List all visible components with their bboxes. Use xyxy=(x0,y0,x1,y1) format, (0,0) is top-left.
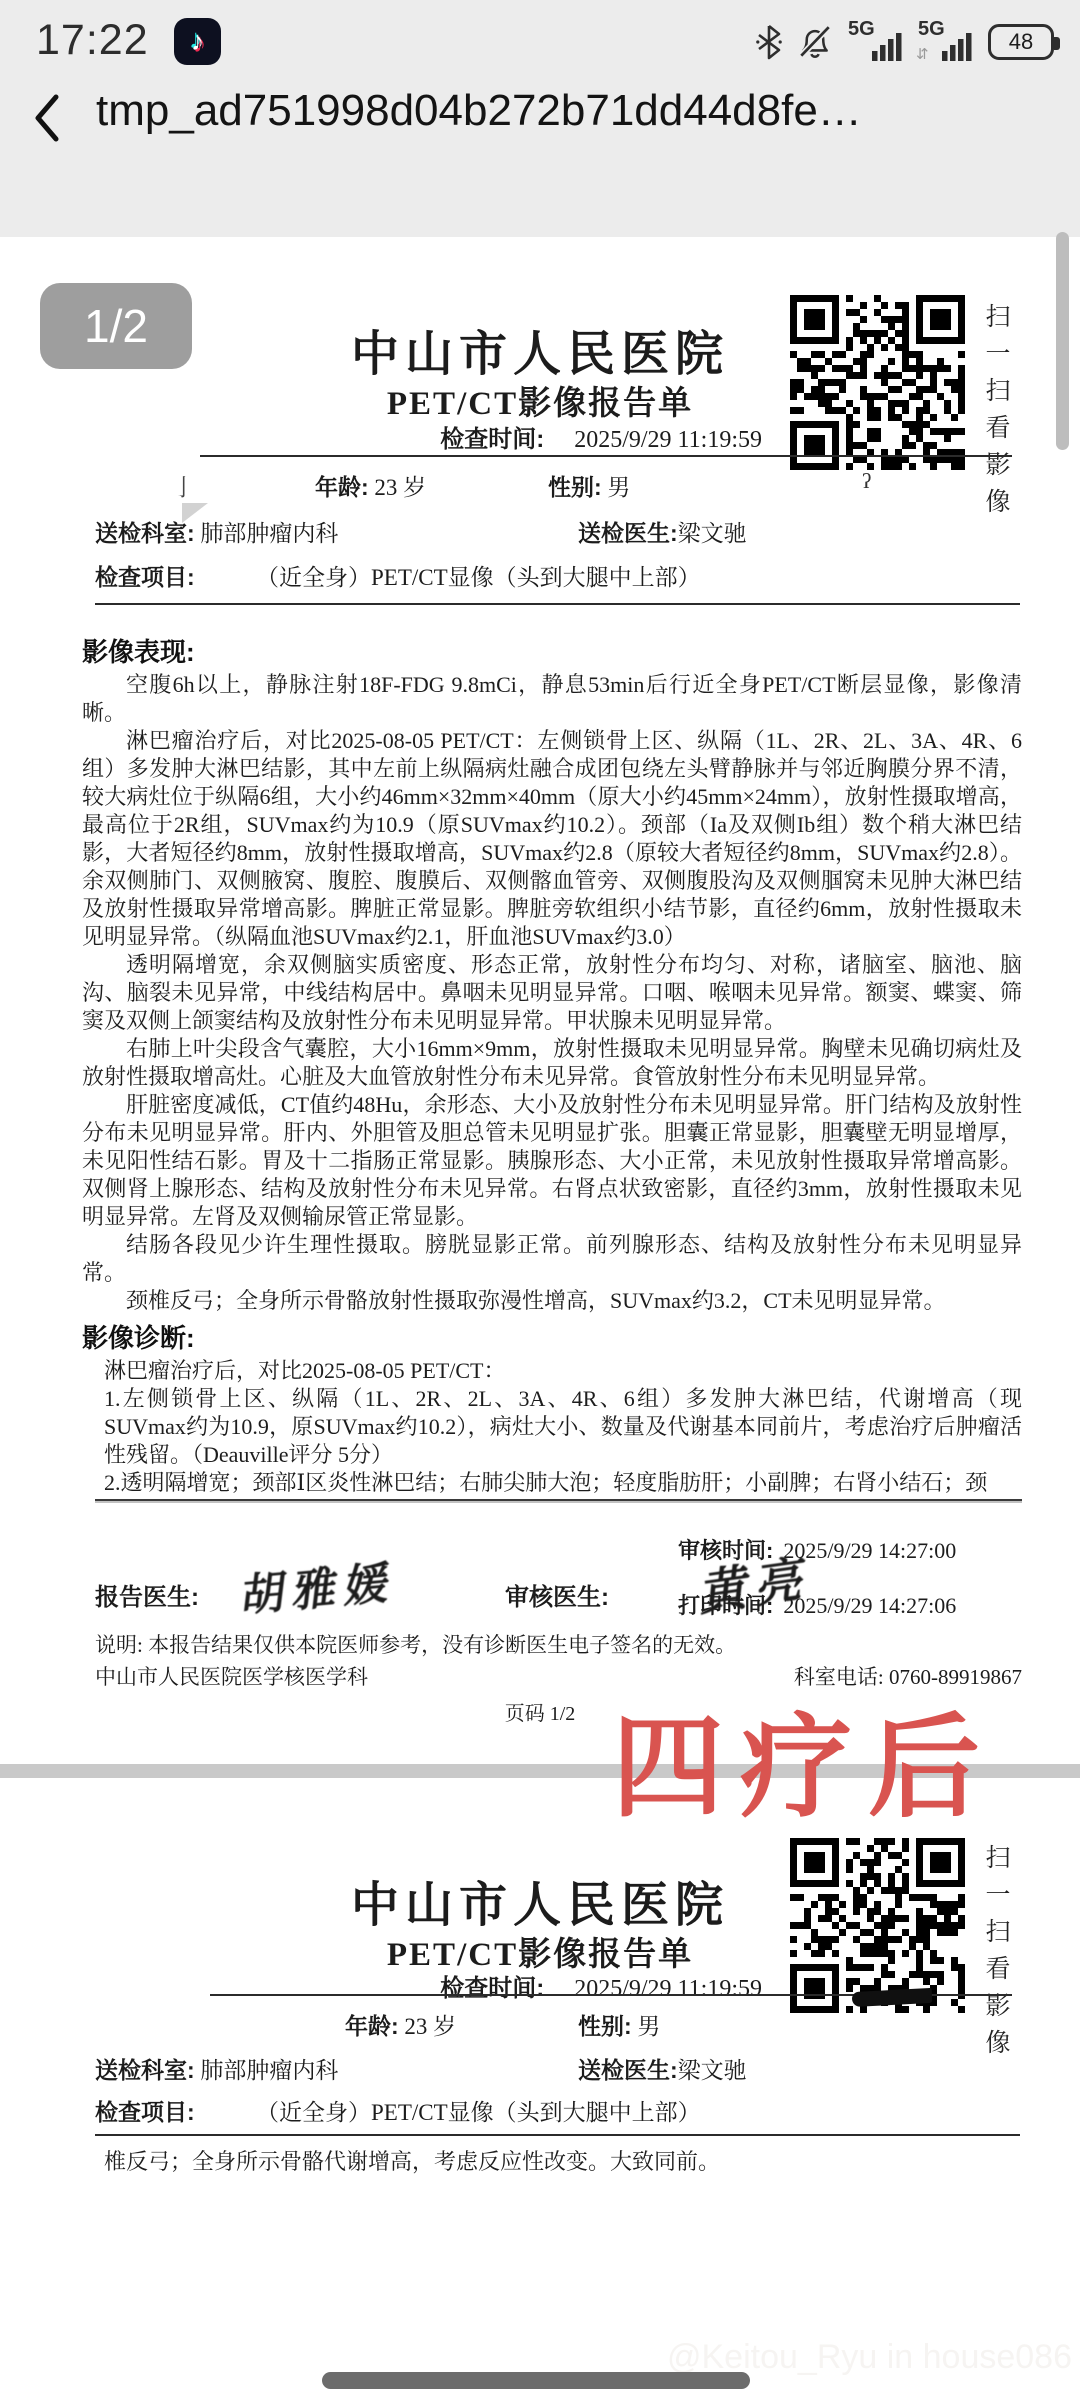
sex-label: 性别: xyxy=(548,474,602,500)
erased-name-fragment: 亅 xyxy=(172,469,195,502)
diagnosis-line: 1.左侧锁骨上区、纵隔（1L、2R、2L、3A、4R、6组）多发肿大淋巴结，代谢… xyxy=(104,1385,1022,1469)
status-title-bar: 17:22 ♪ 5G xyxy=(0,0,1080,237)
file-title: tmp_ad751998d04b272b71dd44d8fe… xyxy=(96,86,1046,136)
sex-label: 性别: xyxy=(578,2013,632,2039)
scrollbar-thumb[interactable] xyxy=(1056,232,1069,450)
signature-divider xyxy=(95,1499,1022,1501)
age-label: 年龄: xyxy=(315,474,369,500)
exam-time-label: 检查时间: xyxy=(440,426,544,453)
department-footer: 中山市人民医院医学核医学科 xyxy=(95,1661,368,1691)
dept-label: 送检科室: xyxy=(95,520,195,546)
notifications-muted-icon xyxy=(796,23,834,61)
exam-item-row: 检查项目: （近全身）PET/CT显像（头到大腿中上部） xyxy=(0,559,1080,597)
data-activity-arrows-icon: ⇵ xyxy=(916,45,929,63)
diagnosis-heading: 影像诊断: xyxy=(82,1319,1022,1357)
exam-time-row: 检查时间:2025/9/29 11:19:59 xyxy=(0,1968,762,2003)
findings-paragraph: 右肺上叶尖段含气囊腔，大小16mm×9mm，放射性摄取未见明显异常。胸壁未见确切… xyxy=(82,1035,1022,1091)
sex-value: 男 xyxy=(607,475,630,500)
report-doctor-signature: 胡雅媛 xyxy=(238,1546,401,1625)
patient-info-row: 年龄: 23 岁 性别: 男 xyxy=(0,2008,1080,2046)
patient-info-row: 亅 年龄: 23 岁 性别: 男 ʔ xyxy=(0,469,1080,507)
exam-item-row: 检查项目: （近全身）PET/CT显像（头到大腿中上部） xyxy=(0,2094,1080,2132)
annotation-stamp: 四疗后 xyxy=(612,1678,996,1839)
battery-level: 48 xyxy=(1009,29,1033,55)
exam-time-label: 检查时间: xyxy=(440,1975,544,2002)
title-bar: tmp_ad751998d04b272b71dd44d8fe… xyxy=(0,84,1080,164)
divider xyxy=(200,455,1012,457)
diagnosis-line: 淋巴瘤治疗后，对比2025-08-05 PET/CT： xyxy=(104,1357,1022,1385)
exam-item-label: 检查项目: xyxy=(95,2099,195,2125)
exam-item-label: 检查项目: xyxy=(95,564,195,590)
print-time-label: 打印时间: xyxy=(678,1593,773,1618)
disclaimer-note: 说明: 本报告结果仅供本院医师参考，没有诊断医生电子签名的无效。 xyxy=(95,1629,736,1659)
review-doctor-label: 审核医生: xyxy=(505,1577,609,1612)
print-time-value: 2025/9/29 14:27:06 xyxy=(783,1593,956,1618)
ref-doctor-value: 梁文驰 xyxy=(678,2058,747,2083)
qr-code xyxy=(790,295,965,470)
clock: 17:22 xyxy=(36,16,149,65)
ref-doctor-label: 送检医生: xyxy=(578,520,678,546)
department-row: 送检科室: 肺部肿瘤内科 送检医生:梁文驰 xyxy=(0,2052,1080,2090)
home-indicator[interactable] xyxy=(322,2372,750,2389)
report-page-2: 中山市人民医院 PET/CT影像报告单 检查时间:2025/9/29 11:19… xyxy=(0,1778,1080,2400)
dept-value: 肺部肿瘤内科 xyxy=(200,521,338,546)
print-time-row: 打印时间:2025/9/29 14:27:06 xyxy=(678,1589,956,1620)
tiktok-notification-icon: ♪ xyxy=(174,18,221,65)
age-value: 23 岁 xyxy=(374,475,426,500)
document-viewer[interactable]: 1/2 中山市人民医院 PET/CT影像报告单 检查时间:2025/9/29 1… xyxy=(0,0,1080,2400)
report-doctor-label: 报告医生: xyxy=(95,1577,199,1612)
exam-time-value: 2025/9/29 11:19:59 xyxy=(574,1976,762,2002)
signal-bars-icon xyxy=(872,29,904,61)
erased-id-fragment: ʔ xyxy=(862,469,871,494)
exam-time-row: 检查时间:2025/9/29 11:19:59 xyxy=(0,419,762,454)
ref-doctor-label: 送检医生: xyxy=(578,2057,678,2083)
exam-time-value: 2025/9/29 11:19:59 xyxy=(574,427,762,453)
exam-item-value: （近全身）PET/CT显像（头到大腿中上部） xyxy=(256,2094,701,2127)
signal-5g-sim2: 5G ⇵ xyxy=(918,21,974,63)
ref-doctor-value: 梁文驰 xyxy=(678,521,747,546)
findings-paragraph: 结肠各段见少许生理性摄取。膀胱显影正常。前列腺形态、结构及放射性分布未见明显异常… xyxy=(82,1231,1022,1287)
report-body: 影像表现: 空腹6h以上，静脉注射18F-FDG 9.8mCi，静息53min后… xyxy=(82,633,1022,1497)
sex-value: 男 xyxy=(637,2014,660,2039)
divider xyxy=(95,603,1020,605)
exam-item-value: （近全身）PET/CT显像（头到大腿中上部） xyxy=(256,559,701,592)
findings-paragraph: 透明隔增宽，余双侧脑实质密度、形态正常，放射性分布均匀、对称，诸脑室、脑池、脑沟… xyxy=(82,951,1022,1035)
findings-paragraph: 淋巴瘤治疗后，对比2025-08-05 PET/CT：左侧锁骨上区、纵隔（1L、… xyxy=(82,727,1022,951)
report-page-1: 1/2 中山市人民医院 PET/CT影像报告单 检查时间:2025/9/29 1… xyxy=(0,237,1080,1764)
battery-icon: 48 xyxy=(988,24,1054,60)
department-row: 送检科室: 肺部肿瘤内科 送检医生:梁文驰 xyxy=(0,515,1080,553)
status-icons: 5G 5G ⇵ 48 xyxy=(756,20,1054,64)
diagnosis-line: 2.透明隔增宽；颈部Ⅰ区炎性淋巴结；右肺尖肺大泡；轻度脂肪肝；小副脾；右肾小结石… xyxy=(104,1469,1022,1497)
signal-bars-icon xyxy=(942,29,974,61)
dept-label: 送检科室: xyxy=(95,2057,195,2083)
phone-screen: 1/2 中山市人民医院 PET/CT影像报告单 检查时间:2025/9/29 1… xyxy=(0,0,1080,2400)
findings-paragraph: 肝脏密度减低，CT值约48Hu，余形态、大小及放射性分布未见明显异常。肝门结构及… xyxy=(82,1091,1022,1231)
page-indicator-badge: 1/2 xyxy=(40,283,192,369)
findings-paragraph: 颈椎反弓；全身所示骨骼放射性摄取弥漫性增高，SUVmax约3.2，CT未见明显异… xyxy=(82,1287,1022,1315)
findings-heading: 影像表现: xyxy=(82,633,1022,671)
qr-code xyxy=(790,1838,965,2013)
report-body-continued: 椎反弓；全身所示骨骼代谢增高，考虑反应性改变。大致同前。 xyxy=(104,2148,1020,2176)
age-label: 年龄: xyxy=(345,2013,399,2039)
age-value: 23 岁 xyxy=(404,2014,456,2039)
bluetooth-icon xyxy=(756,23,782,61)
back-button[interactable] xyxy=(30,92,64,144)
signal-5g-sim1: 5G xyxy=(848,21,904,63)
findings-paragraph: 空腹6h以上，静脉注射18F-FDG 9.8mCi，静息53min后行近全身PE… xyxy=(82,671,1022,727)
dept-value: 肺部肿瘤内科 xyxy=(200,2058,338,2083)
divider xyxy=(95,2134,1020,2136)
